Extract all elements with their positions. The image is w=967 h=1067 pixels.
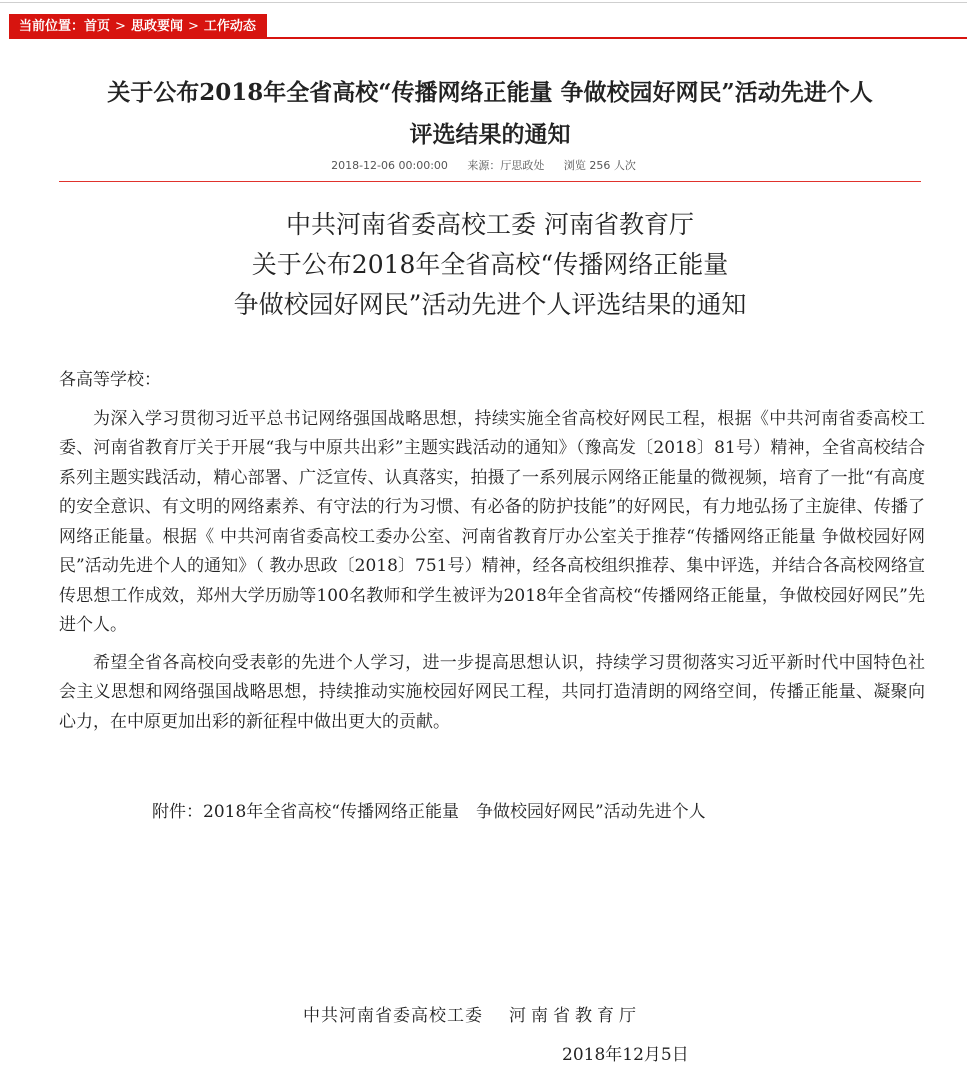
breadcrumb-label: 当前位置： bbox=[19, 14, 84, 39]
body-paragraph: 希望全省各高校向受表彰的先进个人学习，进一步提高思想认识，持续学习贯彻落实习近平… bbox=[59, 649, 925, 738]
signature-org-1: 中共河南省委高校工委 bbox=[303, 1006, 483, 1026]
view-count: 浏览 256 人次 bbox=[564, 159, 636, 172]
top-divider bbox=[0, 2, 967, 3]
document-header-line-1: 中共河南省委高校工委 河南省教育厅 bbox=[150, 205, 830, 245]
attachment-note: 附件：2018年全省高校“传播网络正能量 争做校园好网民”活动先进个人 bbox=[152, 797, 706, 822]
title-divider bbox=[59, 181, 921, 182]
article-meta: 2018-12-06 00:00:00 来源：厅思政处 浏览 256 人次 bbox=[0, 157, 967, 173]
signature-date: 2018年12月5日 bbox=[562, 1040, 689, 1065]
article-title-line-2: 评选结果的通知 bbox=[55, 114, 925, 156]
signature: 中共河南省委高校工委河南省教育厅 bbox=[303, 1001, 641, 1026]
article-title-line-1: 关于公布2018年全省高校“传播网络正能量 争做校园好网民”活动先进个人 bbox=[55, 72, 925, 114]
breadcrumb-work-link[interactable]: 工作动态 bbox=[204, 19, 256, 34]
document-body: 各高等学校： 为深入学习贯彻习近平总书记网络强国战略思想，持续实施全省高校好网民… bbox=[59, 366, 925, 737]
chevron-right-icon: > bbox=[188, 14, 199, 39]
document-header: 中共河南省委高校工委 河南省教育厅 关于公布2018年全省高校“传播网络正能量 … bbox=[150, 205, 830, 325]
article-title: 关于公布2018年全省高校“传播网络正能量 争做校园好网民”活动先进个人 评选结… bbox=[55, 72, 925, 156]
document-header-line-3: 争做校园好网民”活动先进个人评选结果的通知 bbox=[150, 285, 830, 325]
breadcrumb: 当前位置：首页>思政要闻>工作动态 bbox=[9, 14, 267, 39]
breadcrumb-home-link[interactable]: 首页 bbox=[84, 19, 110, 34]
body-paragraph: 为深入学习贯彻习近平总书记网络强国战略思想，持续实施全省高校好网民工程，根据《中… bbox=[59, 405, 925, 641]
breadcrumb-news-link[interactable]: 思政要闻 bbox=[131, 19, 183, 34]
document-header-line-2: 关于公布2018年全省高校“传播网络正能量 bbox=[150, 245, 830, 285]
publish-datetime: 2018-12-06 00:00:00 bbox=[331, 159, 448, 172]
breadcrumb-bar: 当前位置：首页>思政要闻>工作动态 bbox=[9, 14, 967, 39]
signature-org-2: 河南省教育厅 bbox=[509, 1006, 641, 1026]
chevron-right-icon: > bbox=[115, 14, 126, 39]
article-source: 来源：厅思政处 bbox=[467, 159, 544, 172]
salutation: 各高等学校： bbox=[59, 366, 925, 396]
